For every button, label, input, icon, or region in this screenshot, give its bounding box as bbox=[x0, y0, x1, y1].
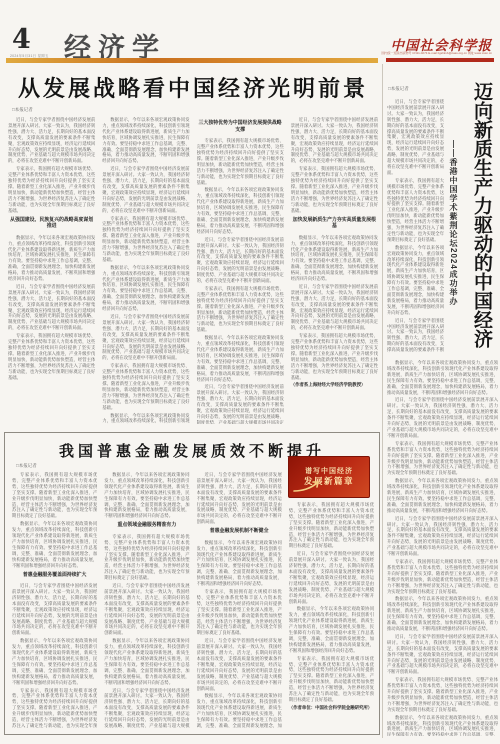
body-paragraph: 数据显示，今年以来各项宏观政策协同发力，重点领域改革持续深化，科技创新引领现代化… bbox=[289, 606, 374, 653]
body-paragraph: 数据显示，今年以来各项宏观政策协同发力，重点领域改革持续深化，科技创新引领现代化… bbox=[197, 693, 282, 728]
body-paragraph: 近日，与会专家学者围绕中国经济发展前景展开深入研讨。大家一致认为，我国经济韧性强… bbox=[197, 237, 284, 284]
body-paragraph: 专家表示，我国拥有超大规模市场优势、完整产业体系优势和丰富人力资本优势，这些独特… bbox=[8, 166, 95, 213]
body-paragraph: 专家表示，我国拥有超大规模市场优势、完整产业体系优势和丰富人力资本优势，这些独特… bbox=[291, 333, 378, 380]
body-paragraph: 近日，与会专家学者围绕中国经济发展前景展开深入研讨。大家一致认为，我国经济韧性强… bbox=[104, 583, 189, 636]
swoosh-icon bbox=[293, 481, 319, 493]
main-article-byline: □本报记者 bbox=[12, 107, 33, 113]
body-paragraph: 数据显示，今年以来各项宏观政策协同发力，重点领域改革持续深化，科技创新引领现代化… bbox=[197, 187, 284, 234]
body-paragraph: 数据显示，今年以来各项宏观政策协同发力，重点领域改革持续深化，科技创新引领现代化… bbox=[102, 413, 189, 425]
body-paragraph: 专家表示，我国拥有超大规模市场优势、完整产业体系优势和丰富人力资本优势，这些独特… bbox=[289, 656, 374, 703]
main-article-headline: 从发展战略看中国经济光明前景 bbox=[8, 72, 378, 103]
body-paragraph: 数据显示，今年以来各项宏观政策协同发力，重点领域改革持续深化，科技创新引领现代化… bbox=[102, 265, 189, 312]
red-rule bbox=[386, 58, 494, 62]
body-paragraph: 数据显示，今年以来各项宏观政策协同发力，重点领域改革持续深化，科技创新引领现代化… bbox=[291, 235, 378, 282]
body-paragraph: 专家表示，我国拥有超大规模市场优势、完整产业体系优势和丰富人力资本优势，这些独特… bbox=[104, 534, 189, 581]
article-column: 近日，与会专家学者围绕中国经济发展前景展开深入研讨。大家一致认为，我国经济韧性强… bbox=[197, 472, 282, 728]
right-article-byline: □本报记者 bbox=[388, 86, 409, 92]
body-paragraph: 近日，与会专家学者围绕中国经济发展前景展开深入研讨。大家一致认为，我国经济韧性强… bbox=[387, 397, 498, 438]
right-article-body-wide: 数据显示，今年以来各项宏观政策协同发力，重点领域改革持续深化，科技创新引领现代化… bbox=[387, 360, 498, 736]
body-paragraph: 专家表示，我国拥有超大规模市场优势、完整产业体系优势和丰富人力资本优势，这些独特… bbox=[197, 589, 282, 636]
newspaper-page: 4 2024年5月31日 星期五 经济学 中国社会科学报 国内统一连续出版物号 … bbox=[0, 0, 500, 744]
gold-rule bbox=[6, 58, 378, 63]
banner-line1: 谱写中国经济 bbox=[305, 467, 353, 476]
page-number: 4 bbox=[12, 24, 31, 55]
article-column: 数据显示，今年以来各项宏观政策协同发力，重点领域改革持续深化，科技创新引领现代化… bbox=[102, 117, 189, 424]
article-column: 近日，与会专家学者围绕中国经济发展前景展开深入研讨。大家一致认为，我国经济韧性强… bbox=[8, 117, 95, 424]
body-paragraph: 专家表示，我国拥有超大规模市场优势、完整产业体系优势和丰富人力资本优势，这些独特… bbox=[12, 472, 97, 519]
body-paragraph: 近日，与会专家学者围绕中国经济发展前景展开深入研讨。大家一致认为，我国经济韧性强… bbox=[102, 166, 189, 213]
body-paragraph: 近日，与会专家学者围绕中国经济发展前景展开深入研讨。大家一致认为，我国经济韧性强… bbox=[197, 384, 284, 424]
body-paragraph: 近日，与会专家学者围绕中国经济发展前景展开深入研讨。大家一致认为，我国经济韧性强… bbox=[102, 314, 189, 361]
right-article-headline: 迈向新质生产力驱动的中国经济 bbox=[468, 82, 495, 354]
body-paragraph: 近日，与会专家学者围绕中国经济发展前景展开深入研讨。大家一致认为，我国经济韧性强… bbox=[291, 117, 378, 164]
sub-heading: 加快发展新质生产力夯实高质量发展根基 bbox=[292, 218, 377, 231]
article-column: 近日，与会专家学者围绕中国经济发展前景展开深入研讨。大家一致认为，我国经济韧性强… bbox=[291, 117, 378, 424]
body-paragraph: 数据显示，今年以来各项宏观政策协同发力，重点领域改革持续深化，科技创新引领现代化… bbox=[387, 360, 498, 395]
body-paragraph: 专家表示，我国拥有超大规模市场优势、完整产业体系优势和丰富人力资本优势，这些独特… bbox=[12, 688, 97, 729]
body-paragraph: 数据显示，今年以来各项宏观政策协同发力，重点领域改革持续深化，科技创新引领现代化… bbox=[387, 715, 498, 736]
body-paragraph: 专家表示，我国拥有超大规模市场优势、完整产业体系优势和丰富人力资本优势，这些独特… bbox=[291, 166, 378, 213]
body-paragraph: 数据显示，今年以来各项宏观政策协同发力，重点领域改革持续深化，科技创新引领现代化… bbox=[102, 117, 189, 164]
masthead-info: 国内统一连续出版物号 CN11-0274 E-mail:zgshkxb@cass… bbox=[324, 51, 492, 55]
economy-banner: 谱写中国经济 发展新篇章 bbox=[288, 456, 370, 498]
body-paragraph: 近日，与会专家学者围绕中国经济发展前景展开深入研讨。大家一致认为，我国经济韧性强… bbox=[387, 99, 444, 176]
sub-heading: 普惠金融发展机制不断健全 bbox=[198, 529, 281, 536]
boxed-article-body: 专家表示，我国拥有超大规模市场优势、完整产业体系优势和丰富人力资本优势，这些独特… bbox=[12, 472, 374, 728]
sub-heading: 三大独特优势为中国经济发展提供战略支撑 bbox=[198, 121, 283, 134]
body-paragraph: 专家表示，我国拥有超大规模市场优势、完整产业体系优势和丰富人力资本优势，这些独特… bbox=[197, 286, 284, 333]
article-column: 专家表示，我国拥有超大规模市场优势、完整产业体系优势和丰富人力资本优势，这些独特… bbox=[12, 472, 97, 728]
body-paragraph: 专家表示，我国拥有超大规模市场优势、完整产业体系优势和丰富人力资本优势，这些独特… bbox=[102, 216, 189, 263]
author-note: （作者系上海财经大学经济学院教授） bbox=[291, 382, 378, 388]
author-note: （作者单位：中国社会科学院金融研究所） bbox=[289, 705, 374, 711]
body-paragraph: 数据显示，今年以来各项宏观政策协同发力，重点领域改革持续深化，科技创新引领现代化… bbox=[197, 335, 284, 382]
body-paragraph: 近日，与会专家学者围绕中国经济发展前景展开深入研讨。大家一致认为，我国经济韧性强… bbox=[197, 472, 282, 525]
boxed-article-byline: □本报记者 bbox=[16, 463, 37, 469]
body-paragraph: 数据显示，今年以来各项宏观政策协同发力，重点领域改革持续深化，科技创新引领现代化… bbox=[197, 540, 282, 587]
body-paragraph: 近日，与会专家学者围绕中国经济发展前景展开深入研讨。大家一致认为，我国经济韧性强… bbox=[291, 284, 378, 331]
body-paragraph: 近日，与会专家学者围绕中国经济发展前景展开深入研讨。大家一致认为，我国经济韧性强… bbox=[387, 516, 498, 557]
sub-heading: 从强国建设、民族复兴的战略高度谋划推进 bbox=[9, 218, 94, 231]
body-paragraph: 近日，与会专家学者围绕中国经济发展前景展开深入研讨。大家一致认为，我国经济韧性强… bbox=[387, 634, 498, 675]
body-paragraph: 近日，与会专家学者围绕中国经济发展前景展开深入研讨。大家一致认为，我国经济韧性强… bbox=[289, 551, 374, 604]
body-paragraph: 专家表示，我国拥有超大规模市场优势、完整产业体系优势和丰富人力资本优势，这些独特… bbox=[387, 178, 444, 243]
article-column: 专家表示，我国拥有超大规模市场优势、完整产业体系优势和丰富人力资本优势，这些独特… bbox=[289, 472, 374, 728]
main-article-body: 近日，与会专家学者围绕中国经济发展前景展开深入研讨。大家一致认为，我国经济韧性强… bbox=[8, 117, 378, 424]
body-paragraph: 数据显示，今年以来各项宏观政策协同发力，重点领域改革持续深化，科技创新引领现代化… bbox=[104, 472, 189, 519]
column-divider bbox=[382, 64, 383, 738]
body-paragraph: 专家表示，我国拥有超大规模市场优势、完整产业体系优势和丰富人力资本优势，这些独特… bbox=[387, 677, 498, 712]
body-paragraph: 近日，与会专家学者围绕中国经济发展前景展开深入研讨。大家一致认为，我国经济韧性强… bbox=[8, 117, 95, 164]
body-paragraph: 数据显示，今年以来各项宏观政策协同发力，重点领域改革持续深化，科技创新引领现代化… bbox=[12, 638, 97, 685]
body-paragraph: 专家表示，我国拥有超大规模市场优势、完整产业体系优势和丰富人力资本优势，这些独特… bbox=[387, 441, 498, 476]
body-paragraph: 专家表示，我国拥有超大规模市场优势、完整产业体系优势和丰富人力资本优势，这些独特… bbox=[197, 138, 284, 185]
body-paragraph: 近日，与会专家学者围绕中国经济发展前景展开深入研讨。大家一致认为，我国经济韧性强… bbox=[8, 284, 95, 331]
body-paragraph: 数据显示，今年以来各项宏观政策协同发力，重点领域改革持续深化，科技创新引领现代化… bbox=[104, 638, 189, 685]
body-paragraph: 专家表示，我国拥有超大规模市场优势、完整产业体系优势和丰富人力资本优势，这些独特… bbox=[387, 559, 498, 594]
body-paragraph: 专家表示，我国拥有超大规模市场优势、完整产业体系优势和丰富人力资本优势，这些独特… bbox=[102, 363, 189, 410]
body-paragraph: 数据显示，今年以来各项宏观政策协同发力，重点领域改革持续深化，科技创新引领现代化… bbox=[387, 478, 498, 513]
body-paragraph: 专家表示，我国拥有超大规模市场优势、完整产业体系优势和丰富人力资本优势，这些独特… bbox=[8, 333, 95, 380]
sub-heading: 普惠金融服务覆盖面持续扩大 bbox=[13, 573, 96, 580]
body-paragraph: 数据显示，今年以来各项宏观政策协同发力，重点领域改革持续深化，科技创新引领现代化… bbox=[8, 235, 95, 282]
body-paragraph: 近日，与会专家学者围绕中国经济发展前景展开深入研讨。大家一致认为，我国经济韧性强… bbox=[197, 638, 282, 691]
article-column: 三大独特优势为中国经济发展提供战略支撑专家表示，我国拥有超大规模市场优势、完整产… bbox=[197, 117, 284, 424]
body-paragraph: 近日，与会专家学者围绕中国经济发展前景展开深入研讨。大家一致认为，我国经济韧性强… bbox=[12, 583, 97, 636]
body-paragraph: 近日，与会专家学者围绕中国经济发展前景展开深入研讨。大家一致认为，我国经济韧性强… bbox=[387, 318, 444, 353]
article-column: 数据显示，今年以来各项宏观政策协同发力，重点领域改革持续深化，科技创新引领现代化… bbox=[104, 472, 189, 728]
body-paragraph: 数据显示，今年以来各项宏观政策协同发力，重点领域改革持续深化，科技创新引领现代化… bbox=[12, 521, 97, 568]
body-paragraph: 专家表示，我国拥有超大规模市场优势、完整产业体系优势和丰富人力资本优势，这些独特… bbox=[289, 502, 374, 549]
body-paragraph: 数据显示，今年以来各项宏观政策协同发力，重点领域改革持续深化，科技创新引领现代化… bbox=[387, 596, 498, 631]
right-article-body-narrow: 近日，与会专家学者围绕中国经济发展前景展开深入研讨。大家一致认为，我国经济韧性强… bbox=[387, 99, 444, 353]
body-paragraph: 数据显示，今年以来各项宏观政策协同发力，重点领域改革持续深化，科技创新引领现代化… bbox=[387, 245, 444, 316]
body-paragraph: 近日，与会专家学者围绕中国经济发展前景展开深入研讨。大家一致认为，我国经济韧性强… bbox=[104, 688, 189, 729]
right-article-subtitle: ——香港中国学术紫荆论坛2024成功举办 bbox=[448, 140, 459, 365]
sub-heading: 重点领域金融服务精准有力 bbox=[105, 523, 188, 530]
